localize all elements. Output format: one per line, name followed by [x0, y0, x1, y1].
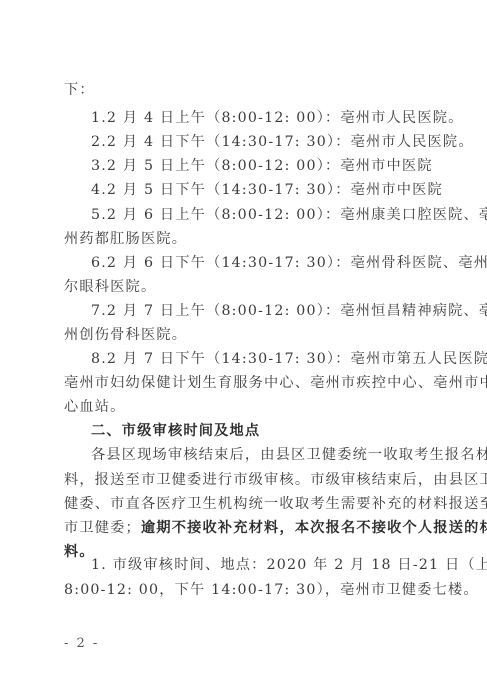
- schedule-item-2: 2.2 月 4 日下午（14:30-17: 30）：亳州市人民医院。: [91, 132, 474, 152]
- item-1-line2: 8:00-12: 00，下午 14:00-17: 30），亳州市卫健委七楼。: [64, 580, 479, 600]
- section-2-para-line4-bold: 逾期不接收补充材料，本次报名不接收个人报送的材: [141, 520, 487, 536]
- schedule-item-3: 3.2 月 5 日上午（8:00-12: 00）：亳州市中医院: [91, 156, 433, 176]
- intro-tail: 下：: [64, 80, 95, 100]
- schedule-item-1: 1.2 月 4 日上午（8:00-12: 00）：亳州市人民医院。: [91, 108, 463, 128]
- page-number: - 2 -: [64, 636, 99, 651]
- schedule-item-8: 8.2 月 7 日下午（14:30-17: 30）：亳州市第五人民医院、: [91, 349, 487, 369]
- schedule-item-6: 6.2 月 6 日下午（14:30-17: 30）：亳州骨科医院、亳州爱: [91, 253, 487, 273]
- schedule-item-5: 5.2 月 6 日上午（8:00-12: 00）：亳州康美口腔医院、亳: [91, 205, 487, 225]
- section-2-para-line2: 料，报送至市卫健委进行市级审核。市级审核结束后，由县区卫: [64, 470, 487, 490]
- item-1-line1: 1. 市级审核时间、地点：2020 年 2 月 18 日-21 日（上午: [91, 555, 487, 575]
- section-2-para-line1: 各县区现场审核结束后，由县区卫健委统一收取考生报名材: [91, 445, 487, 465]
- document-page: 下： 1.2 月 4 日上午（8:00-12: 00）：亳州市人民医院。 2.2…: [0, 0, 487, 683]
- schedule-item-8-cont2: 心血站。: [64, 397, 126, 417]
- section-2-para-line4: 市卫健委；逾期不接收补充材料，本次报名不接收个人报送的材: [64, 518, 487, 538]
- schedule-item-4: 4.2 月 5 日下午（14:30-17: 30）：亳州市中医院: [91, 180, 443, 200]
- schedule-item-7: 7.2 月 7 日上午（8:00-12: 00）：亳州恒昌精神病院、亳: [91, 301, 487, 321]
- schedule-item-5-cont: 州药都肛肠医院。: [64, 229, 187, 249]
- schedule-item-6-cont: 尔眼科医院。: [64, 277, 156, 297]
- section-2-para-line4-normal: 市卫健委；: [64, 520, 141, 536]
- section-2-heading: 二、市级审核时间及地点: [91, 421, 260, 441]
- schedule-item-7-cont: 州创伤骨科医院。: [64, 325, 187, 345]
- schedule-item-8-cont: 亳州市妇幼保健计划生育服务中心、亳州市疾控中心、亳州市中: [64, 373, 487, 393]
- section-2-para-line3: 健委、市直各医疗卫生机构统一收取考生需要补充的材料报送至: [64, 494, 487, 514]
